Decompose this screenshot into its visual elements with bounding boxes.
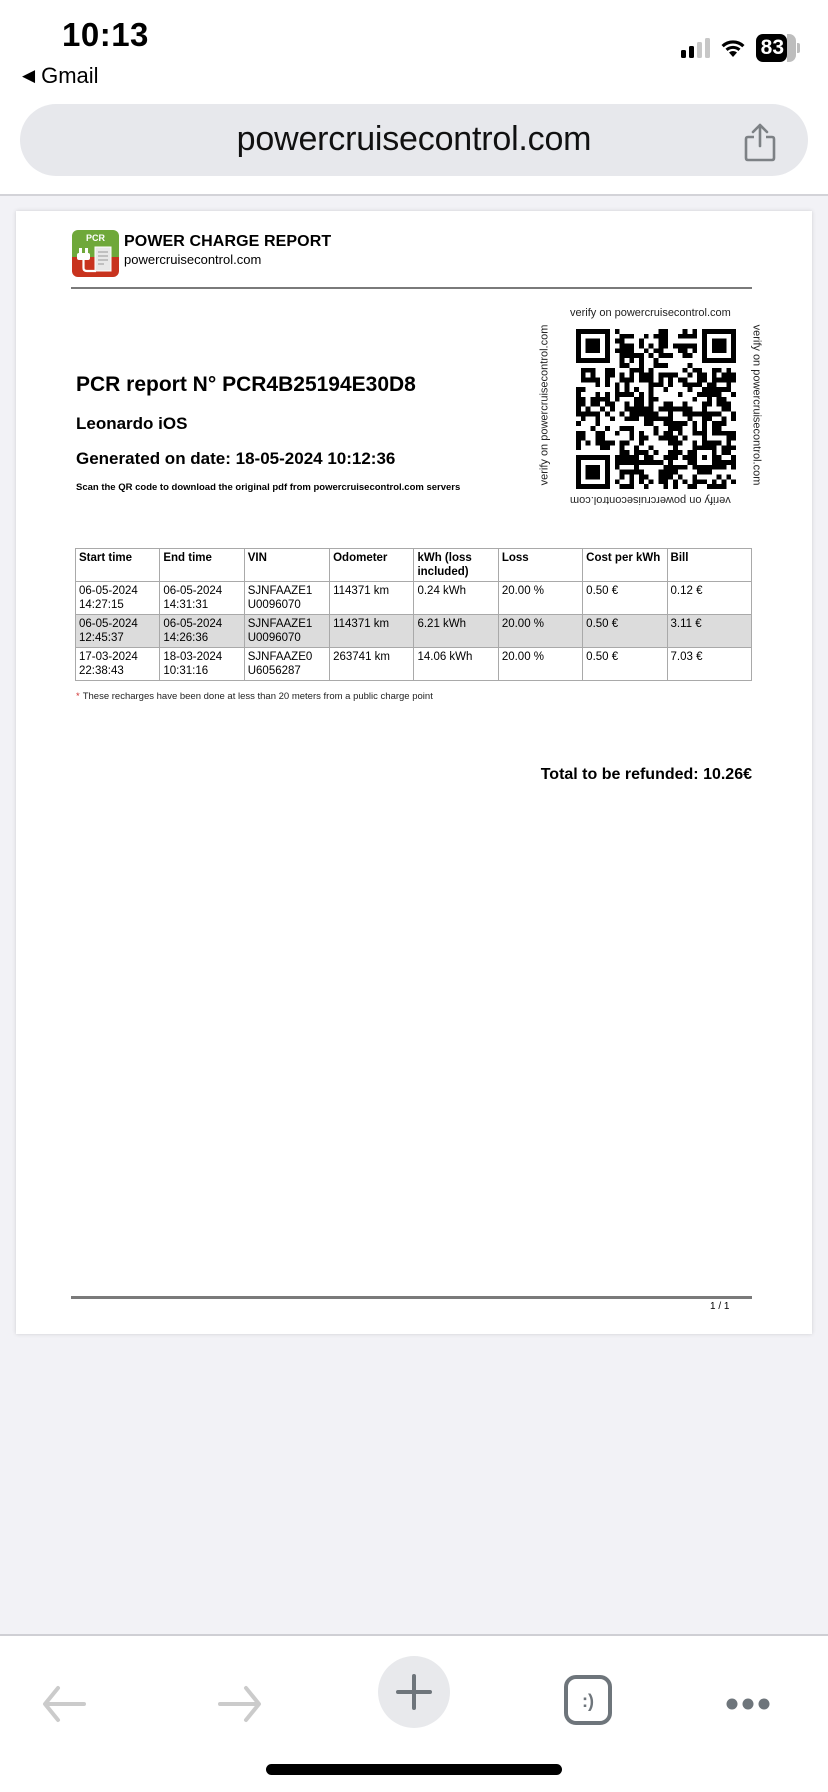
pdf-page: PCR POWER CHARGE REPORT powercruisecontr…: [16, 211, 812, 1334]
cell-vin: SJNFAAZE1 U0096070: [244, 615, 329, 648]
cell-bill: 3.11 €: [667, 615, 751, 648]
tabs-button[interactable]: :): [560, 1672, 616, 1728]
pcr-logo: PCR: [72, 230, 119, 277]
scan-note: Scan the QR code to download the origina…: [76, 482, 460, 493]
cell-loss: 20.00 %: [498, 615, 582, 648]
cell-odometer: 263741 km: [330, 648, 414, 681]
col-end-time: End time: [160, 549, 244, 582]
home-indicator: [266, 1764, 562, 1775]
report-title: POWER CHARGE REPORT: [124, 233, 331, 251]
cell-bill: 0.12 €: [667, 582, 751, 615]
battery-indicator: 83: [756, 34, 800, 62]
cell-vin: SJNFAAZE1 U0096070: [244, 582, 329, 615]
cell-cost: 0.50 €: [583, 615, 667, 648]
wifi-icon: [719, 37, 747, 59]
report-site: powercruisecontrol.com: [124, 252, 261, 267]
more-icon: [724, 1696, 772, 1712]
cell-kwh: 14.06 kWh: [414, 648, 498, 681]
qr-caption-left: verify on powercruisecontrol.com: [538, 325, 550, 486]
back-arrow-icon: [40, 1684, 88, 1724]
cell-start: 06-05-2024 12:45:37: [76, 615, 160, 648]
status-time: 10:13: [62, 16, 149, 54]
status-icons: 83: [681, 34, 800, 62]
tabs-icon: :): [563, 1674, 613, 1726]
url-text[interactable]: powercruisecontrol.com: [20, 120, 808, 159]
cell-bill: 7.03 €: [667, 648, 751, 681]
qr-caption-bottom: verify on powercruisecontrol.com: [570, 494, 731, 506]
cell-cost: 0.50 €: [583, 648, 667, 681]
cell-kwh: 0.24 kWh: [414, 582, 498, 615]
cell-kwh: 6.21 kWh: [414, 615, 498, 648]
qr-block: verify on powercruisecontrol.com verify …: [530, 307, 758, 509]
plug-receipt-icon: [76, 244, 116, 274]
col-cost: Cost per kWh: [583, 549, 667, 582]
cell-loss: 20.00 %: [498, 582, 582, 615]
forward-button[interactable]: [212, 1676, 268, 1732]
cell-start: 17-03-2024 22:38:43: [76, 648, 160, 681]
back-app-label: Gmail: [41, 63, 98, 89]
cell-start: 06-05-2024 14:27:15: [76, 582, 160, 615]
cell-vin: SJNFAAZE0 U6056287: [244, 648, 329, 681]
report-number: PCR report N° PCR4B25194E30D8: [76, 373, 416, 397]
page-number: 1 / 1: [710, 1301, 729, 1312]
footnote-marker: *: [76, 691, 80, 702]
footer-divider: [71, 1296, 752, 1299]
footnote: *These recharges have been done at less …: [76, 691, 433, 702]
logo-text: PCR: [72, 233, 119, 243]
table-row: 06-05-2024 12:45:37 06-05-2024 14:26:36 …: [76, 615, 752, 648]
report-header: PCR POWER CHARGE REPORT powercruisecontr…: [71, 230, 752, 289]
col-kwh: kWh (loss included): [414, 549, 498, 582]
charges-table: Start time End time VIN Odometer kWh (lo…: [75, 548, 752, 681]
col-vin: VIN: [244, 549, 329, 582]
battery-level: 83: [756, 34, 787, 62]
share-icon[interactable]: [742, 122, 778, 162]
cell-odometer: 114371 km: [330, 582, 414, 615]
qr-caption-top: verify on powercruisecontrol.com: [570, 307, 731, 319]
back-to-gmail[interactable]: ◀ Gmail: [22, 63, 99, 89]
user-name: Leonardo iOS: [76, 414, 187, 434]
cell-odometer: 114371 km: [330, 615, 414, 648]
svg-text::): :): [582, 1691, 594, 1711]
footnote-text: These recharges have been done at less t…: [83, 691, 433, 702]
new-tab-button[interactable]: [378, 1656, 450, 1728]
back-button[interactable]: [36, 1676, 92, 1732]
forward-arrow-icon: [216, 1684, 264, 1724]
address-bar[interactable]: powercruisecontrol.com: [20, 104, 808, 176]
plus-icon: [394, 1672, 434, 1712]
cell-end: 06-05-2024 14:31:31: [160, 582, 244, 615]
back-triangle-icon: ◀: [22, 66, 35, 86]
total-refund: Total to be refunded: 10.26€: [541, 766, 752, 784]
table-header-row: Start time End time VIN Odometer kWh (lo…: [76, 549, 752, 582]
qr-code[interactable]: [576, 329, 736, 489]
more-button[interactable]: [720, 1676, 776, 1732]
cell-end: 06-05-2024 14:26:36: [160, 615, 244, 648]
table-row: 06-05-2024 14:27:15 06-05-2024 14:31:31 …: [76, 582, 752, 615]
cell-loss: 20.00 %: [498, 648, 582, 681]
cell-cost: 0.50 €: [583, 582, 667, 615]
qr-caption-right: verify on powercruisecontrol.com: [750, 325, 762, 486]
generated-date: Generated on date: 18-05-2024 10:12:36: [76, 449, 395, 469]
browser-top-bar: 10:13 ◀ Gmail 83 powercruisecontrol.com: [0, 0, 828, 196]
col-loss: Loss: [498, 549, 582, 582]
col-start-time: Start time: [76, 549, 160, 582]
col-odometer: Odometer: [330, 549, 414, 582]
table-row: 17-03-2024 22:38:43 18-03-2024 10:31:16 …: [76, 648, 752, 681]
cell-end: 18-03-2024 10:31:16: [160, 648, 244, 681]
col-bill: Bill: [667, 549, 751, 582]
cellular-signal-icon: [681, 38, 710, 58]
